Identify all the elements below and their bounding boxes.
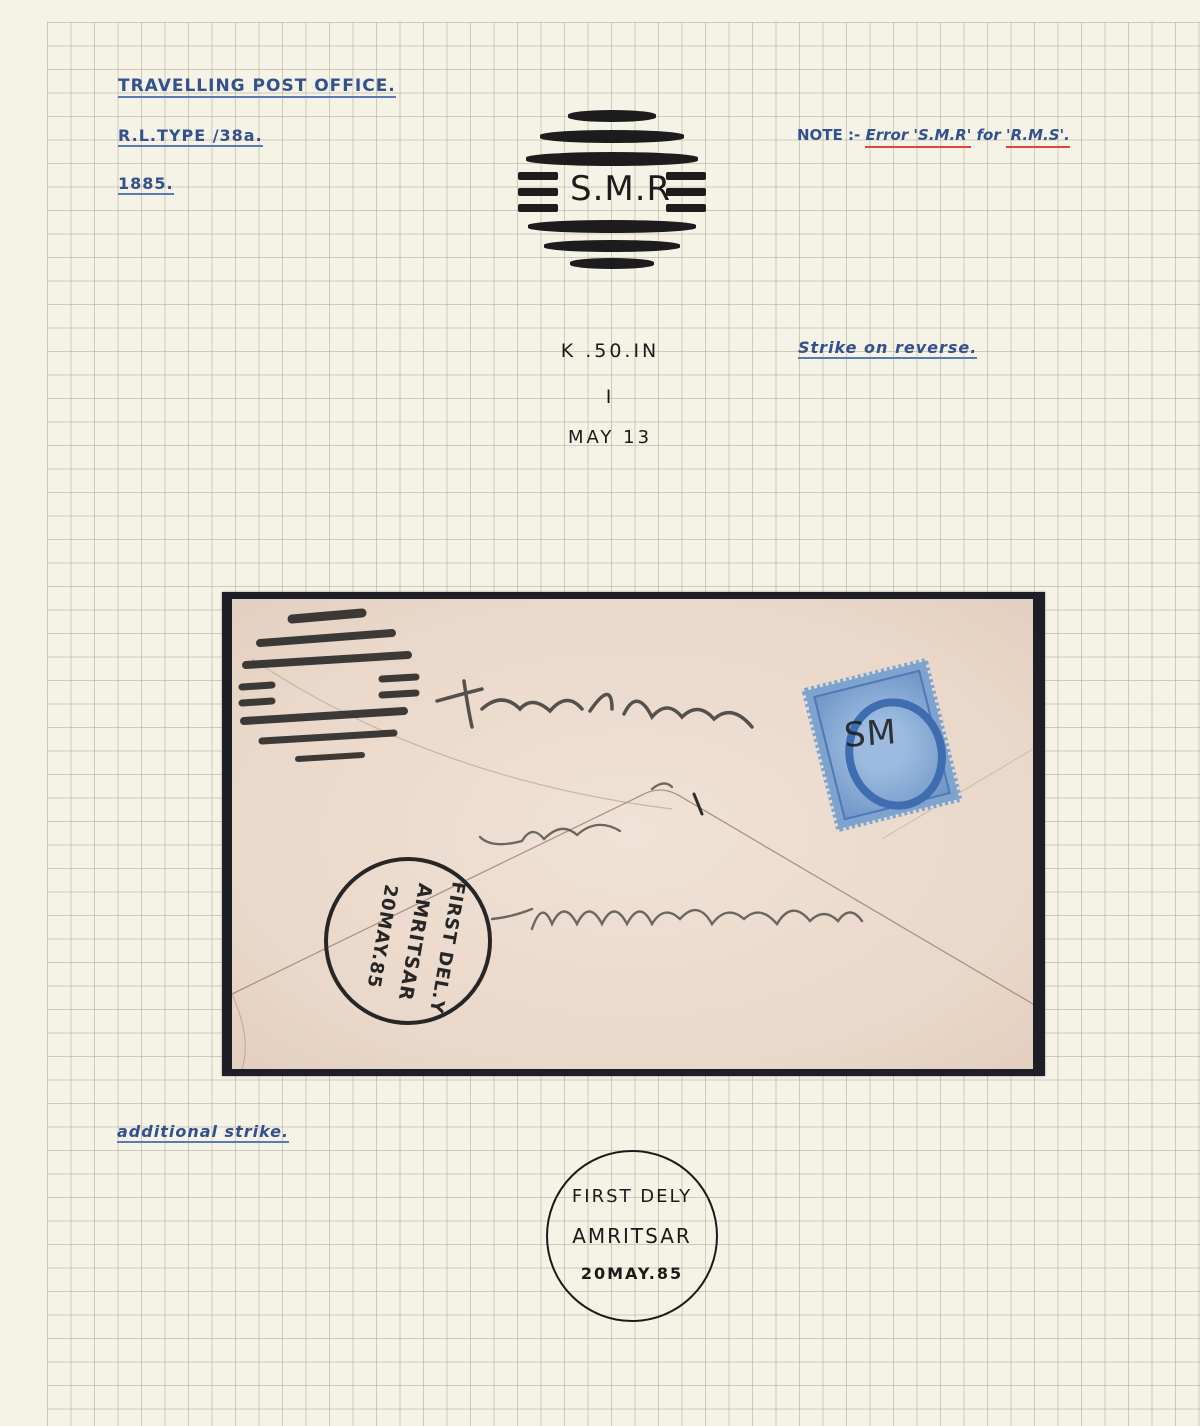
error-note: NOTE :- Error 'S.M.R' for 'R.M.S'. bbox=[797, 128, 1070, 143]
smr-cancel-strike bbox=[232, 599, 422, 769]
type-reference: R.L.TYPE /38a. bbox=[118, 128, 263, 147]
additional-strike-label: additional strike. bbox=[117, 1124, 289, 1143]
note-prefix: NOTE :- bbox=[797, 126, 860, 144]
barred-circle-postmark-icon: S.M.R bbox=[518, 108, 706, 270]
page-title: TRAVELLING POST OFFICE. bbox=[118, 78, 396, 98]
first-delivery-amritsar-strike: FIRST DELY AMRITSAR 20MAY.85 bbox=[546, 1150, 718, 1322]
year-label: 1885. bbox=[118, 176, 174, 195]
envelope-mount: SM FIRST DEL.Y AMRITSAR 20MAY.85 bbox=[222, 592, 1045, 1076]
strike-line-1: FIRST DELY bbox=[548, 1186, 716, 1207]
strike-on-reverse-note: Strike on reverse. bbox=[798, 340, 977, 359]
note-error-text: Error 'S.M.R' bbox=[865, 126, 971, 148]
note-connector: for bbox=[977, 126, 1001, 144]
postmark-date: MAY 13 bbox=[520, 427, 700, 448]
emblem-text: S.M.R bbox=[570, 169, 658, 209]
note-correct-text: 'R.M.S'. bbox=[1006, 126, 1070, 148]
cancel-text: SM bbox=[843, 712, 899, 756]
postmark-code: K .50.IN bbox=[520, 340, 700, 362]
strike-line-3: 20MAY.85 bbox=[548, 1264, 716, 1283]
strike-line-2: AMRITSAR bbox=[548, 1224, 716, 1248]
envelope-reverse: SM FIRST DEL.Y AMRITSAR 20MAY.85 bbox=[232, 599, 1033, 1069]
album-page: TRAVELLING POST OFFICE. R.L.TYPE /38a. 1… bbox=[0, 0, 1200, 1426]
postmark-number: I bbox=[520, 386, 700, 408]
